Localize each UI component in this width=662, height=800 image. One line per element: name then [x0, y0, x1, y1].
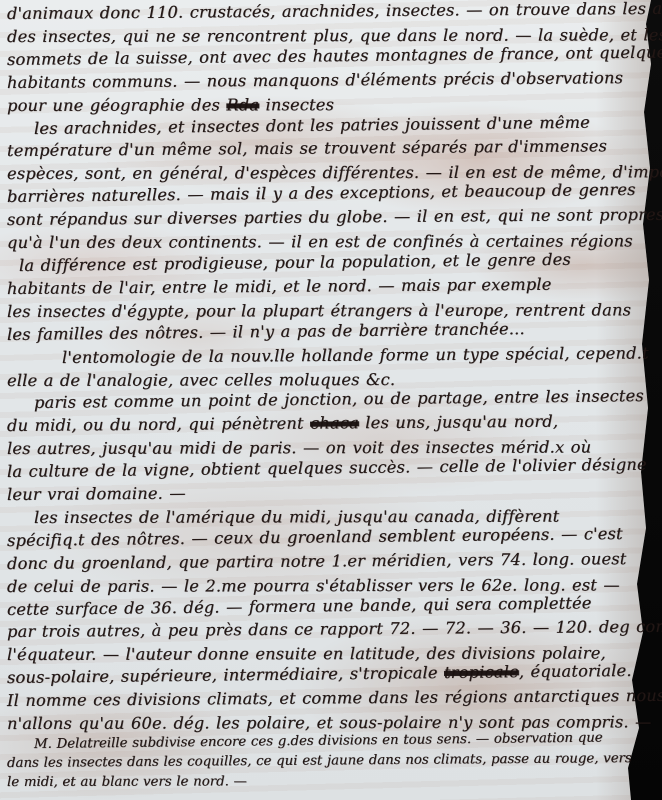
- struck-word: Rda: [226, 95, 259, 114]
- line-text: sont répandus sur diverses parties du gl…: [7, 205, 662, 229]
- line-text: l'entomologie de la nouv.lle hollande fo…: [62, 343, 649, 367]
- line-text: d'animaux donc 110. crustacés, arachnide…: [7, 0, 662, 23]
- line-text: le midi, et au blanc vers le nord. —: [7, 774, 247, 790]
- manuscript-line: le midi, et au blanc vers le nord. —: [7, 772, 653, 793]
- line-text: température d'un même sol, mais se trouv…: [7, 137, 607, 161]
- struck-word: chaca: [310, 414, 359, 433]
- line-text: habitants de l'air, entre le midi, et le…: [7, 275, 552, 298]
- line-text: dans les insectes dans les coquilles, ce…: [7, 751, 632, 771]
- line-text: pour une géographie des: [7, 95, 226, 115]
- manuscript-line: par trois autres, à peu près dans ce rap…: [7, 616, 653, 644]
- line-text: , équatoriale.: [519, 661, 632, 681]
- manuscript-line: Il nomme ces divisions climats, et comme…: [7, 685, 653, 713]
- line-text: par trois autres, à peu près dans ce rap…: [7, 617, 662, 642]
- line-text: les uns, jusqu'au nord,: [359, 412, 558, 433]
- line-text: leur vrai domaine. —: [7, 484, 186, 504]
- manuscript-line: habitants de l'air, entre le midi, et le…: [7, 273, 653, 301]
- manuscript-line: habitants communs. — nous manquons d'élé…: [7, 67, 653, 95]
- line-text: habitants communs. — nous manquons d'élé…: [7, 68, 623, 92]
- manuscript-scan: d'animaux donc 110. crustacés, arachnide…: [0, 0, 662, 800]
- line-text: les familles des nôtres. — il n'y a pas …: [7, 319, 525, 344]
- line-text: elle a de l'analogie, avec celles moluqu…: [7, 369, 395, 389]
- line-text: la différence est prodigieuse, pour la p…: [19, 250, 571, 275]
- manuscript-line: température d'un même sol, mais se trouv…: [7, 135, 653, 163]
- line-text: insectes: [259, 95, 334, 114]
- manuscript-line: l'entomologie de la nouv.lle hollande fo…: [62, 342, 653, 370]
- line-text: sous-polaire, supérieure, intermédiaire,…: [7, 663, 444, 687]
- manuscript-line: donc du groenland, que partira notre 1.e…: [7, 548, 653, 576]
- line-text: Il nomme ces divisions climats, et comme…: [7, 686, 662, 710]
- manuscript-text: d'animaux donc 110. crustacés, arachnide…: [7, 3, 653, 793]
- manuscript-line: leur vrai domaine. —: [7, 479, 653, 507]
- manuscript-line: dans les insectes dans les coquilles, ce…: [7, 750, 653, 774]
- line-text: paris est comme un point de jonction, ou…: [34, 386, 644, 412]
- manuscript-line: d'animaux donc 110. crustacés, arachnide…: [7, 0, 653, 26]
- line-text: barrières naturelles. — mais il y a des …: [7, 180, 636, 206]
- line-text: du midi, ou du nord, qui pénètrent: [7, 414, 310, 435]
- manuscript-line: sont répandus sur diverses parties du gl…: [7, 204, 653, 232]
- line-text: donc du groenland, que partira notre 1.e…: [7, 549, 627, 573]
- manuscript-line: du midi, ou du nord, qui pénètrent chaca…: [7, 410, 653, 438]
- struck-word: tropicale: [444, 662, 519, 682]
